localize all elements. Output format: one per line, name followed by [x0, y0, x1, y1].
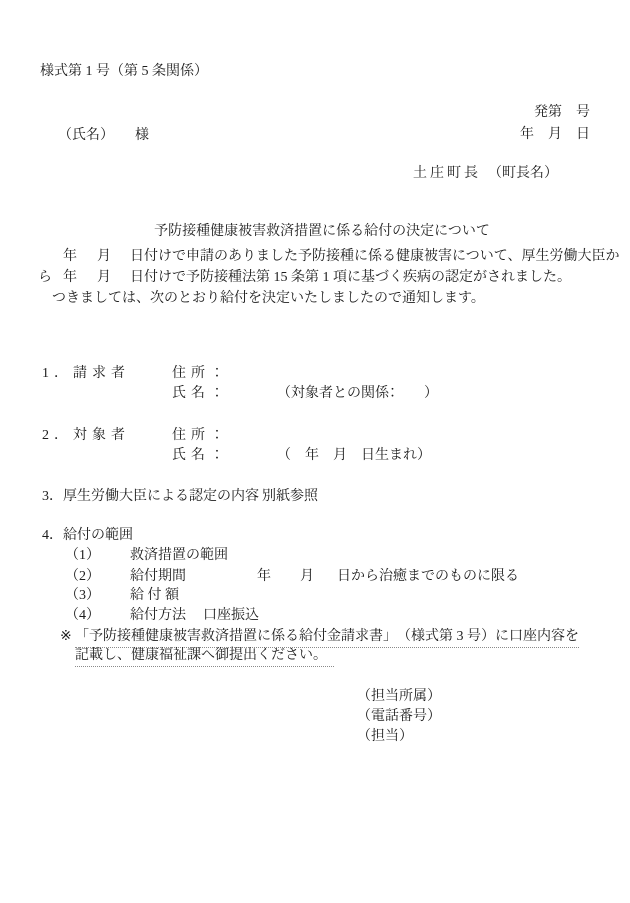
benefit-item-number: （1） — [65, 547, 100, 565]
benefit-item-number: （4） — [65, 607, 100, 625]
benefit-item-row: （2） 給付期間 年 月 日から治癒までのものに限る — [0, 568, 630, 588]
subject-address-label: 住所： — [172, 427, 229, 445]
claimant-heading: 1．請求者 — [42, 365, 130, 383]
benefit-item-row: （1） 救済措置の範囲 — [0, 547, 630, 567]
claimant-address-label: 住所： — [172, 365, 229, 383]
certification-row: 3．厚生労働大臣による認定の内容 別紙参照 — [0, 488, 630, 508]
blank-month-field: 月 — [97, 248, 111, 266]
benefit-heading-row: 4．給付の範囲 — [0, 527, 630, 547]
note-text: 記載し、健康福祉課へ御提出ください。 — [75, 647, 334, 667]
document-page: 様式第 1 号（第 5 条関係） 発第 号 年 月 日 （氏名） 様 土庄町長 … — [0, 0, 630, 903]
subject-name-label: 氏名： — [172, 447, 229, 465]
sender-title: 土庄町長 — [413, 166, 481, 181]
footer-contact-line: （担当） — [0, 728, 630, 748]
form-number-line: 様式第 1 号（第 5 条関係） — [0, 63, 630, 83]
blank-year-field: 年 — [63, 248, 77, 266]
subject-row-address: 2．対象者 住所： — [0, 427, 630, 447]
blank-year-field: 年 — [257, 568, 271, 586]
footer-phone-line: （電話番号） — [0, 708, 630, 728]
blank-month-field: 月 — [97, 269, 111, 287]
certification-heading: 3．厚生労働大臣による認定の内容 — [42, 488, 259, 506]
addressee: （氏名） 様 — [58, 127, 149, 145]
certification-value: 別紙参照 — [262, 488, 318, 506]
form-number: 様式第 1 号（第 5 条関係） — [40, 63, 208, 81]
benefit-item-number: （3） — [65, 587, 100, 605]
body-text: つきましては、次のとおり給付を決定いたしましたので通知します。 — [52, 290, 485, 308]
benefit-item-row: （3） 給 付 額 — [0, 587, 630, 607]
body-paragraph-line1: 年 月 日付けで申請のありました予防接種に係る健康被害について、厚生労働大臣か — [0, 248, 630, 268]
benefit-item-number: （2） — [65, 568, 100, 586]
footer-department: （担当所属） — [357, 688, 441, 706]
benefit-item-label: 給 付 額 — [130, 587, 179, 605]
benefit-item-label: 給付期間 — [130, 568, 186, 586]
benefit-item-label: 給付方法 — [130, 607, 186, 625]
footer-department-line: （担当所属） — [0, 688, 630, 708]
issue-date-line: 年 月 日 — [0, 108, 630, 128]
claimant-row-address: 1．請求者 住所： — [0, 365, 630, 385]
sender-name: （町長名） — [481, 166, 558, 181]
benefit-item-value: 口座振込 — [203, 607, 259, 625]
claimant-relation-note: （対象者との関係： ） — [277, 385, 438, 403]
issue-number-line: 発第 号 — [0, 86, 630, 106]
sender-line: 土庄町長 （町長名） — [0, 165, 630, 185]
subject-heading: 2．対象者 — [42, 427, 130, 445]
footer-phone: （電話番号） — [357, 708, 441, 726]
addressee-line: （氏名） 様 — [0, 127, 630, 147]
claimant-row-name: 氏名： （対象者との関係： ） — [0, 385, 630, 405]
sender: 土庄町長 （町長名） — [413, 165, 558, 183]
note-line2: 記載し、健康福祉課へ御提出ください。 — [0, 647, 630, 667]
body-paragraph-line2: ら 年 月 日付けで予防接種法第 15 条第 1 項に基づく疾病の認定がされまし… — [0, 269, 630, 289]
note-marker: ※ — [60, 628, 72, 646]
subject-birth-note: （ 年 月 日生まれ） — [277, 447, 431, 465]
subject-row-name: 氏名： （ 年 月 日生まれ） — [0, 447, 630, 467]
note-text: 「予防接種健康被害救済措置に係る給付金請求書」 （様式第 3 号）に口座内容を — [75, 628, 579, 648]
claimant-name-label: 氏名： — [172, 385, 229, 403]
benefit-item-detail: 日から治癒までのものに限る — [337, 568, 519, 586]
benefit-item-label: 救済措置の範囲 — [130, 547, 228, 565]
note-line1: ※ 「予防接種健康被害救済措置に係る給付金請求書」 （様式第 3 号）に口座内容… — [0, 628, 630, 648]
body-text-prefix: ら — [38, 269, 52, 287]
benefit-item-row: （4） 給付方法 口座振込 — [0, 607, 630, 627]
body-text: 日付けで予防接種法第 15 条第 1 項に基づく疾病の認定がされました。 — [130, 269, 571, 287]
document-title: 予防接種健康被害救済措置に係る給付の決定について — [154, 224, 490, 239]
benefit-heading: 4．給付の範囲 — [42, 527, 133, 545]
body-text: 日付けで申請のありました予防接種に係る健康被害について、厚生労働大臣か — [130, 248, 619, 266]
body-paragraph-line3: つきましては、次のとおり給付を決定いたしましたので通知します。 — [0, 290, 630, 310]
document-title-line: 予防接種健康被害救済措置に係る給付の決定について — [0, 205, 630, 225]
blank-year-field: 年 — [63, 269, 77, 287]
footer-contact: （担当） — [357, 728, 413, 746]
blank-month-field: 月 — [300, 568, 314, 586]
